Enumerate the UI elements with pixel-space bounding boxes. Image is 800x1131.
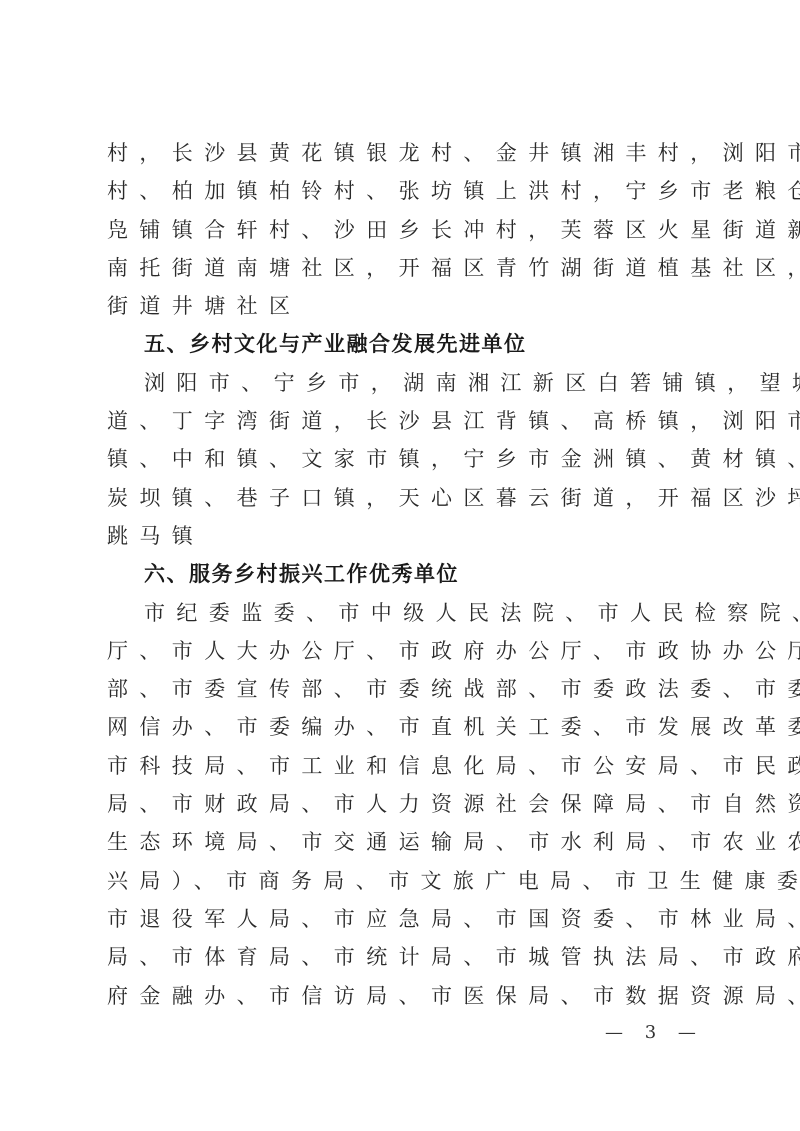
text-line: 部、市委宣传部、市委统战部、市委政法委、市委政研室、市委 [107,670,697,708]
text-line: 村、柏加镇柏铃村、张坊镇上洪村，宁乡市老粮仓镇江花村、双 [107,172,697,210]
text-line: 浏阳市、宁乡市，湖南湘江新区白箬铺镇，望城区铜官街 [107,364,697,402]
section-6: 六、服务乡村振兴工作优秀单位 市纪委监委、市中级人民法院、市人民检察院、市委办公… [107,555,697,1015]
text-line: 街道井塘社区 [107,287,697,325]
section-heading: 六、服务乡村振兴工作优秀单位 [107,555,697,593]
text-line: 兴局）、市商务局、市文旅广电局、市卫生健康委、市审计局、 [107,862,697,900]
text-line: 局、市财政局、市人力资源社会保障局、市自然资源规划局、市 [107,785,697,823]
text-line: 道、丁字湾街道，长沙县江背镇、高桥镇，浏阳市小河乡、张坊 [107,402,697,440]
text-line: 镇、中和镇、文家市镇，宁乡市金洲镇、黄材镇、回龙铺镇、煤 [107,440,697,478]
text-line: 厅、市人大办公厅、市政府办公厅、市政协办公厅、市委组织 [107,632,697,670]
text-line: 南托街道南塘社区，开福区青竹湖街道植基社区，雨花区雨花亭 [107,249,697,287]
text-line: 市退役军人局、市应急局、市国资委、市林业局、市市场监管 [107,900,697,938]
text-line: 市纪委监委、市中级人民法院、市人民检察院、市委办公 [107,594,697,632]
page-number: — 3 — [605,1022,704,1043]
section-5: 五、乡村文化与产业融合发展先进单位 浏阳市、宁乡市，湖南湘江新区白箬铺镇，望城区… [107,325,697,555]
text-line: 跳马镇 [107,517,697,555]
text-line: 局、市体育局、市统计局、市城管执法局、市政府研究室、市政 [107,938,697,976]
section-heading: 五、乡村文化与产业融合发展先进单位 [107,325,697,363]
text-line: 生态环境局、市交通运输局、市水利局、市农业农村局（乡村振 [107,823,697,861]
text-line: 市科技局、市工业和信息化局、市公安局、市民政局、市司法 [107,747,697,785]
continuation-paragraph: 村，长沙县黄花镇银龙村、金井镇湘丰村，浏阳市沙市镇东门 村、柏加镇柏铃村、张坊镇… [107,134,697,325]
document-page: 村，长沙县黄花镇银龙村、金井镇湘丰村，浏阳市沙市镇东门 村、柏加镇柏铃村、张坊镇… [107,134,697,1015]
text-line: 府金融办、市信访局、市医保局、市数据资源局、市政府物流口 [107,977,697,1015]
text-line: 村，长沙县黄花镇银龙村、金井镇湘丰村，浏阳市沙市镇东门 [107,134,697,172]
text-line: 凫铺镇合轩村、沙田乡长冲村，芙蓉区火星街道新合村，天心区 [107,211,697,249]
text-line: 网信办、市委编办、市直机关工委、市发展改革委、市教育局、 [107,708,697,746]
text-line: 炭坝镇、巷子口镇，天心区暮云街道，开福区沙坪街道，雨花区 [107,479,697,517]
